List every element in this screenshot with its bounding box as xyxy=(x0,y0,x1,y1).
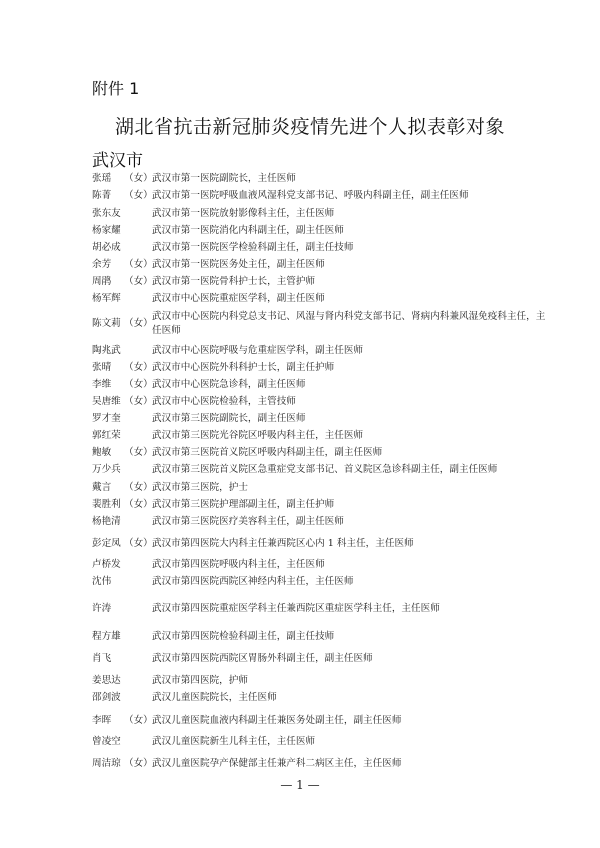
honoree-name: 陶兆武 xyxy=(92,344,128,358)
gender-marker: （女） xyxy=(124,189,153,203)
honoree-name: 卢桥发 xyxy=(92,558,128,572)
honoree-name: 彭定凤 xyxy=(92,537,128,551)
honoree-name: 陈文莉 xyxy=(92,317,128,331)
gender-marker: （女） xyxy=(124,361,153,375)
honoree-name: 曾凌空 xyxy=(92,735,128,749)
honoree-name: 张晴 xyxy=(92,361,128,375)
gender-marker: （女） xyxy=(124,481,153,495)
honoree-position: 武汉市第一医院医学检验科副主任，副主任技师 xyxy=(152,241,547,255)
honoree-name: 李晖 xyxy=(92,714,128,728)
gender-marker: （女） xyxy=(124,714,153,728)
honoree-name: 胡必成 xyxy=(92,241,128,255)
gender-marker: （女） xyxy=(124,378,153,392)
honoree-name: 戴言 xyxy=(92,481,128,495)
honoree-position: 武汉市第三医院光谷院区呼吸内科主任，主任医师 xyxy=(152,429,547,443)
honoree-name: 姜思达 xyxy=(92,674,128,688)
honoree-name: 余芳 xyxy=(92,258,128,272)
honoree-position: 武汉市第三医院，护士 xyxy=(152,481,547,495)
honoree-position: 武汉市第一医院骨科护士长，主管护师 xyxy=(152,275,547,289)
honoree-position: 武汉市第三医院首义院区呼吸内科副主任，副主任医师 xyxy=(152,446,547,460)
honoree-position: 武汉市第一医院医务处主任，副主任医师 xyxy=(152,258,547,272)
section-heading-wuhan: 武汉市 xyxy=(92,146,143,171)
honoree-name: 罗才奎 xyxy=(92,412,128,426)
honoree-name: 裴胜利 xyxy=(92,498,128,512)
honoree-position: 武汉儿童医院院长，主任医师 xyxy=(152,691,547,705)
gender-marker: （女） xyxy=(124,446,153,460)
page-number: — 1 — xyxy=(0,778,600,792)
honoree-name: 许涛 xyxy=(92,602,128,616)
honoree-name: 周鹃 xyxy=(92,275,128,289)
honoree-position: 武汉市第一医院消化内科副主任，副主任医师 xyxy=(152,224,547,238)
gender-marker: （女） xyxy=(124,757,153,771)
honoree-name: 李维 xyxy=(92,378,128,392)
honoree-position: 武汉市中心医院呼吸与危重症医学科，副主任医师 xyxy=(152,344,547,358)
honoree-name: 鲍敏 xyxy=(92,446,128,460)
honoree-name: 张东友 xyxy=(92,207,128,221)
honoree-position: 武汉市中心医院重症医学科，副主任医师 xyxy=(152,292,547,306)
honoree-position: 武汉市中心医院外科科护士长，副主任护师 xyxy=(152,361,547,375)
honoree-position: 武汉儿童医院孕产保健部主任兼产科二病区主任，主任医师 xyxy=(152,757,547,771)
honoree-name: 陈菁 xyxy=(92,189,128,203)
honoree-name: 郭红荣 xyxy=(92,429,128,443)
honoree-name: 杨家耀 xyxy=(92,224,128,238)
honoree-position: 武汉儿童医院血液内科副主任兼医务处副主任，副主任医师 xyxy=(152,714,547,728)
honoree-name: 肖飞 xyxy=(92,652,128,666)
document-title: 湖北省抗击新冠肺炎疫情先进个人拟表彰对象 xyxy=(0,112,600,139)
honoree-position: 武汉市第一医院呼吸血液风湿科党支部书记、呼吸内科副主任，副主任医师 xyxy=(152,189,547,203)
attachment-label: 附件 1 xyxy=(92,76,139,99)
gender-marker: （女） xyxy=(124,172,153,186)
honoree-position: 武汉儿童医院新生儿科主任，主任医师 xyxy=(152,735,547,749)
honoree-name: 吴唐维 xyxy=(92,395,128,409)
honoree-name: 杨艳清 xyxy=(92,515,128,529)
honoree-position: 武汉市第三医院医疗美容科主任，副主任医师 xyxy=(152,515,547,529)
honoree-name: 万少兵 xyxy=(92,463,128,477)
honoree-name: 沈伟 xyxy=(92,575,128,589)
honoree-position: 武汉市第三医院副院长，副主任医师 xyxy=(152,412,547,426)
honoree-position: 武汉市第四医院西院区胃肠外科副主任，副主任医师 xyxy=(152,652,547,666)
gender-marker: （女） xyxy=(124,258,153,272)
gender-marker: （女） xyxy=(124,395,153,409)
honoree-name: 程方雄 xyxy=(92,630,128,644)
honoree-position: 武汉市第三医院护理部副主任，副主任护师 xyxy=(152,498,547,512)
honoree-name: 杨军辉 xyxy=(92,292,128,306)
honoree-position: 武汉市第一医院放射影像科主任，主任医师 xyxy=(152,207,547,221)
gender-marker: （女） xyxy=(124,317,153,331)
honoree-position: 武汉市中心医院内科党总支书记、风湿与肾内科党支部书记、肾病内科兼风湿免疫科主任，… xyxy=(152,310,547,338)
honoree-position: 武汉市第四医院检验科副主任，副主任技师 xyxy=(152,630,547,644)
gender-marker: （女） xyxy=(124,498,153,512)
gender-marker: （女） xyxy=(124,275,153,289)
honoree-name: 邵剑波 xyxy=(92,691,128,705)
honoree-position: 武汉市第四医院大内科主任兼西院区心内 1 科主任，主任医师 xyxy=(152,537,547,551)
honoree-position: 武汉市中心医院急诊科，副主任医师 xyxy=(152,378,547,392)
honoree-position: 武汉市第四医院呼吸内科主任，主任医师 xyxy=(152,558,547,572)
honoree-position: 武汉市第四医院，护师 xyxy=(152,674,547,688)
honoree-position: 武汉市第四医院重症医学科主任兼西院区重症医学科主任，主任医师 xyxy=(152,602,547,616)
honoree-name: 张瑶 xyxy=(92,172,128,186)
honoree-position: 武汉市第三医院首义院区急重症党支部书记、首义院区急诊科副主任，副主任医师 xyxy=(152,463,547,477)
honoree-position: 武汉市第一医院副院长，主任医师 xyxy=(152,172,547,186)
honoree-name: 周洁琼 xyxy=(92,757,128,771)
gender-marker: （女） xyxy=(124,537,153,551)
honoree-position: 武汉市第四医院西院区神经内科主任，主任医师 xyxy=(152,575,547,589)
honoree-position: 武汉市中心医院检验科，主管技师 xyxy=(152,395,547,409)
